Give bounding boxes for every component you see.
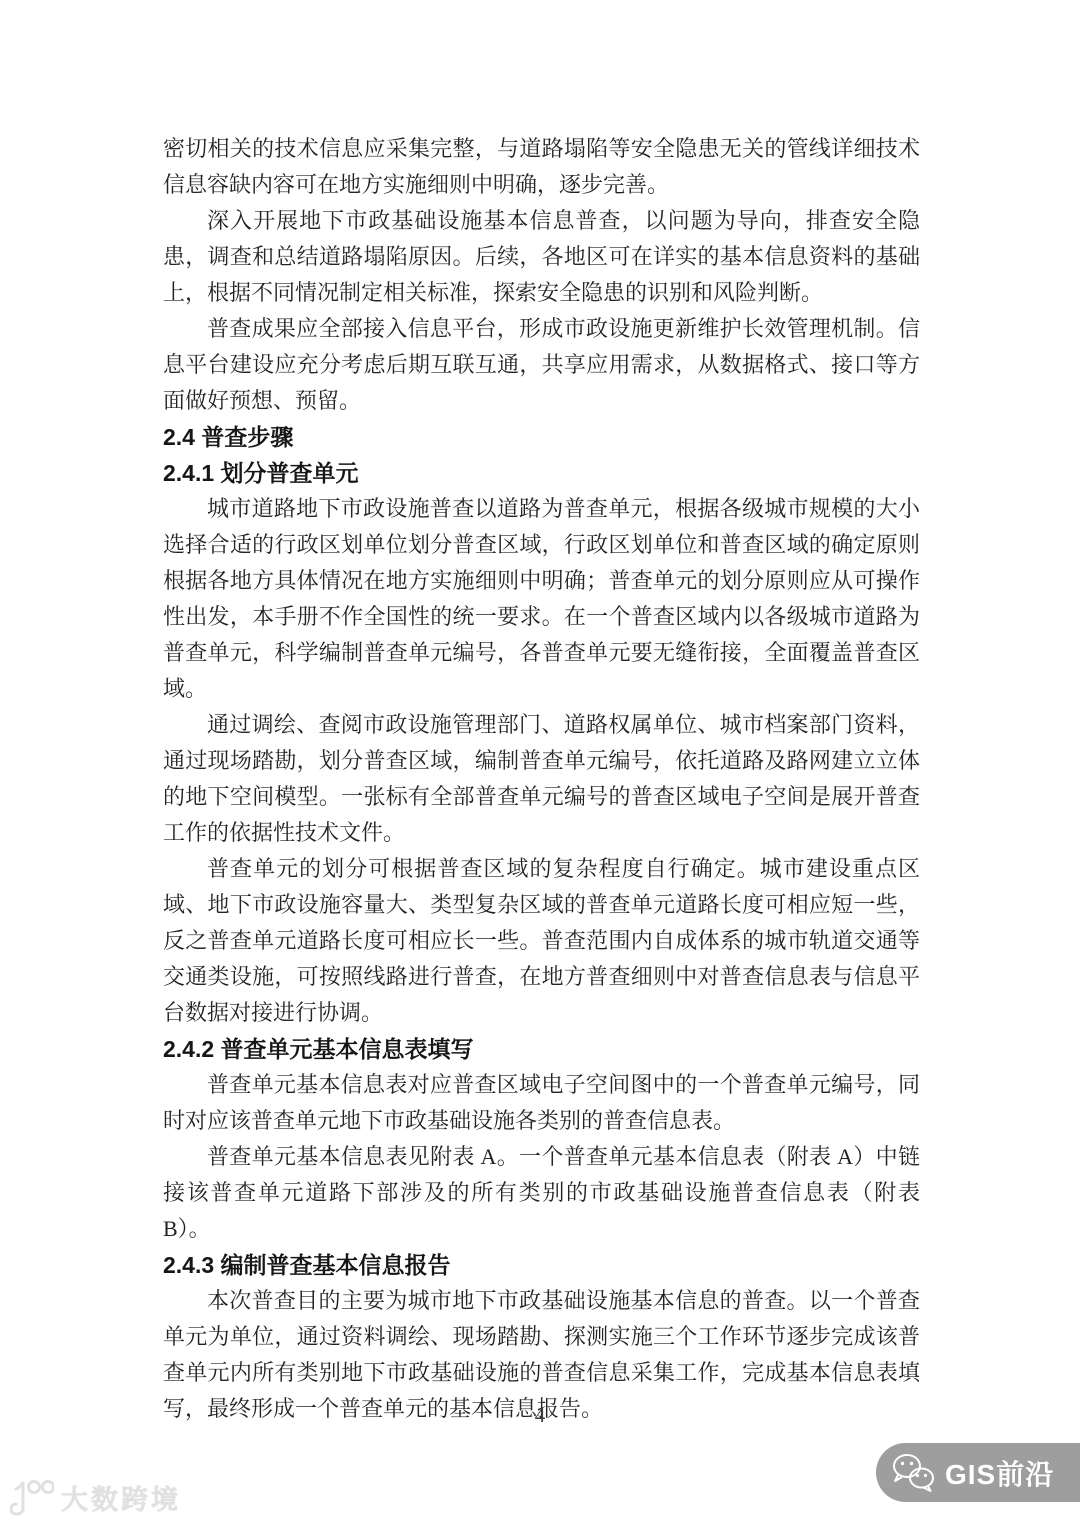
watermark-right-label: GIS前沿 <box>945 1453 1054 1493</box>
page-number: 4 <box>0 1403 1080 1428</box>
body-paragraph: 密切相关的技术信息应采集完整，与道路塌陷等安全隐患无关的管线详细技术信息容缺内容… <box>163 131 920 203</box>
body-paragraph: 普查单元基本信息表对应普查区域电子空间图中的一个普查单元编号，同时对应该普查单元… <box>163 1067 920 1139</box>
section-heading-2-4: 2.4 普查步骤 <box>163 419 920 455</box>
section-heading-2-4-2: 2.4.2 普查单元基本信息表填写 <box>163 1031 920 1067</box>
body-paragraph: 深入开展地下市政基础设施基本信息普查，以问题为导向，排查安全隐患，调查和总结道路… <box>163 203 920 311</box>
section-heading-2-4-3: 2.4.3 编制普查基本信息报告 <box>163 1247 920 1283</box>
dashukuajing-watermark: 大数跨境 <box>10 1478 181 1517</box>
wechat-icon <box>890 1452 936 1494</box>
dashukuajing-logo-icon <box>10 1479 54 1517</box>
watermark-left-label: 大数跨境 <box>61 1478 181 1517</box>
document-page: 密切相关的技术信息应采集完整，与道路塌陷等安全隐患无关的管线详细技术信息容缺内容… <box>0 0 1080 1526</box>
body-paragraph: 普查单元基本信息表见附表 A。一个普查单元基本信息表（附表 A）中链接该普查单元… <box>163 1139 920 1247</box>
document-body: 密切相关的技术信息应采集完整，与道路塌陷等安全隐患无关的管线详细技术信息容缺内容… <box>163 131 920 1427</box>
body-paragraph: 普查成果应全部接入信息平台，形成市政设施更新维护长效管理机制。信息平台建设应充分… <box>163 311 920 419</box>
body-paragraph: 通过调绘、查阅市政设施管理部门、道路权属单位、城市档案部门资料，通过现场踏勘，划… <box>163 707 920 851</box>
section-heading-2-4-1: 2.4.1 划分普查单元 <box>163 455 920 491</box>
gis-qianyan-watermark: GIS前沿 <box>876 1443 1080 1502</box>
body-paragraph: 城市道路地下市政设施普查以道路为普查单元，根据各级城市规模的大小选择合适的行政区… <box>163 491 920 707</box>
body-paragraph: 普查单元的划分可根据普查区域的复杂程度自行确定。城市建设重点区域、地下市政设施容… <box>163 851 920 1031</box>
